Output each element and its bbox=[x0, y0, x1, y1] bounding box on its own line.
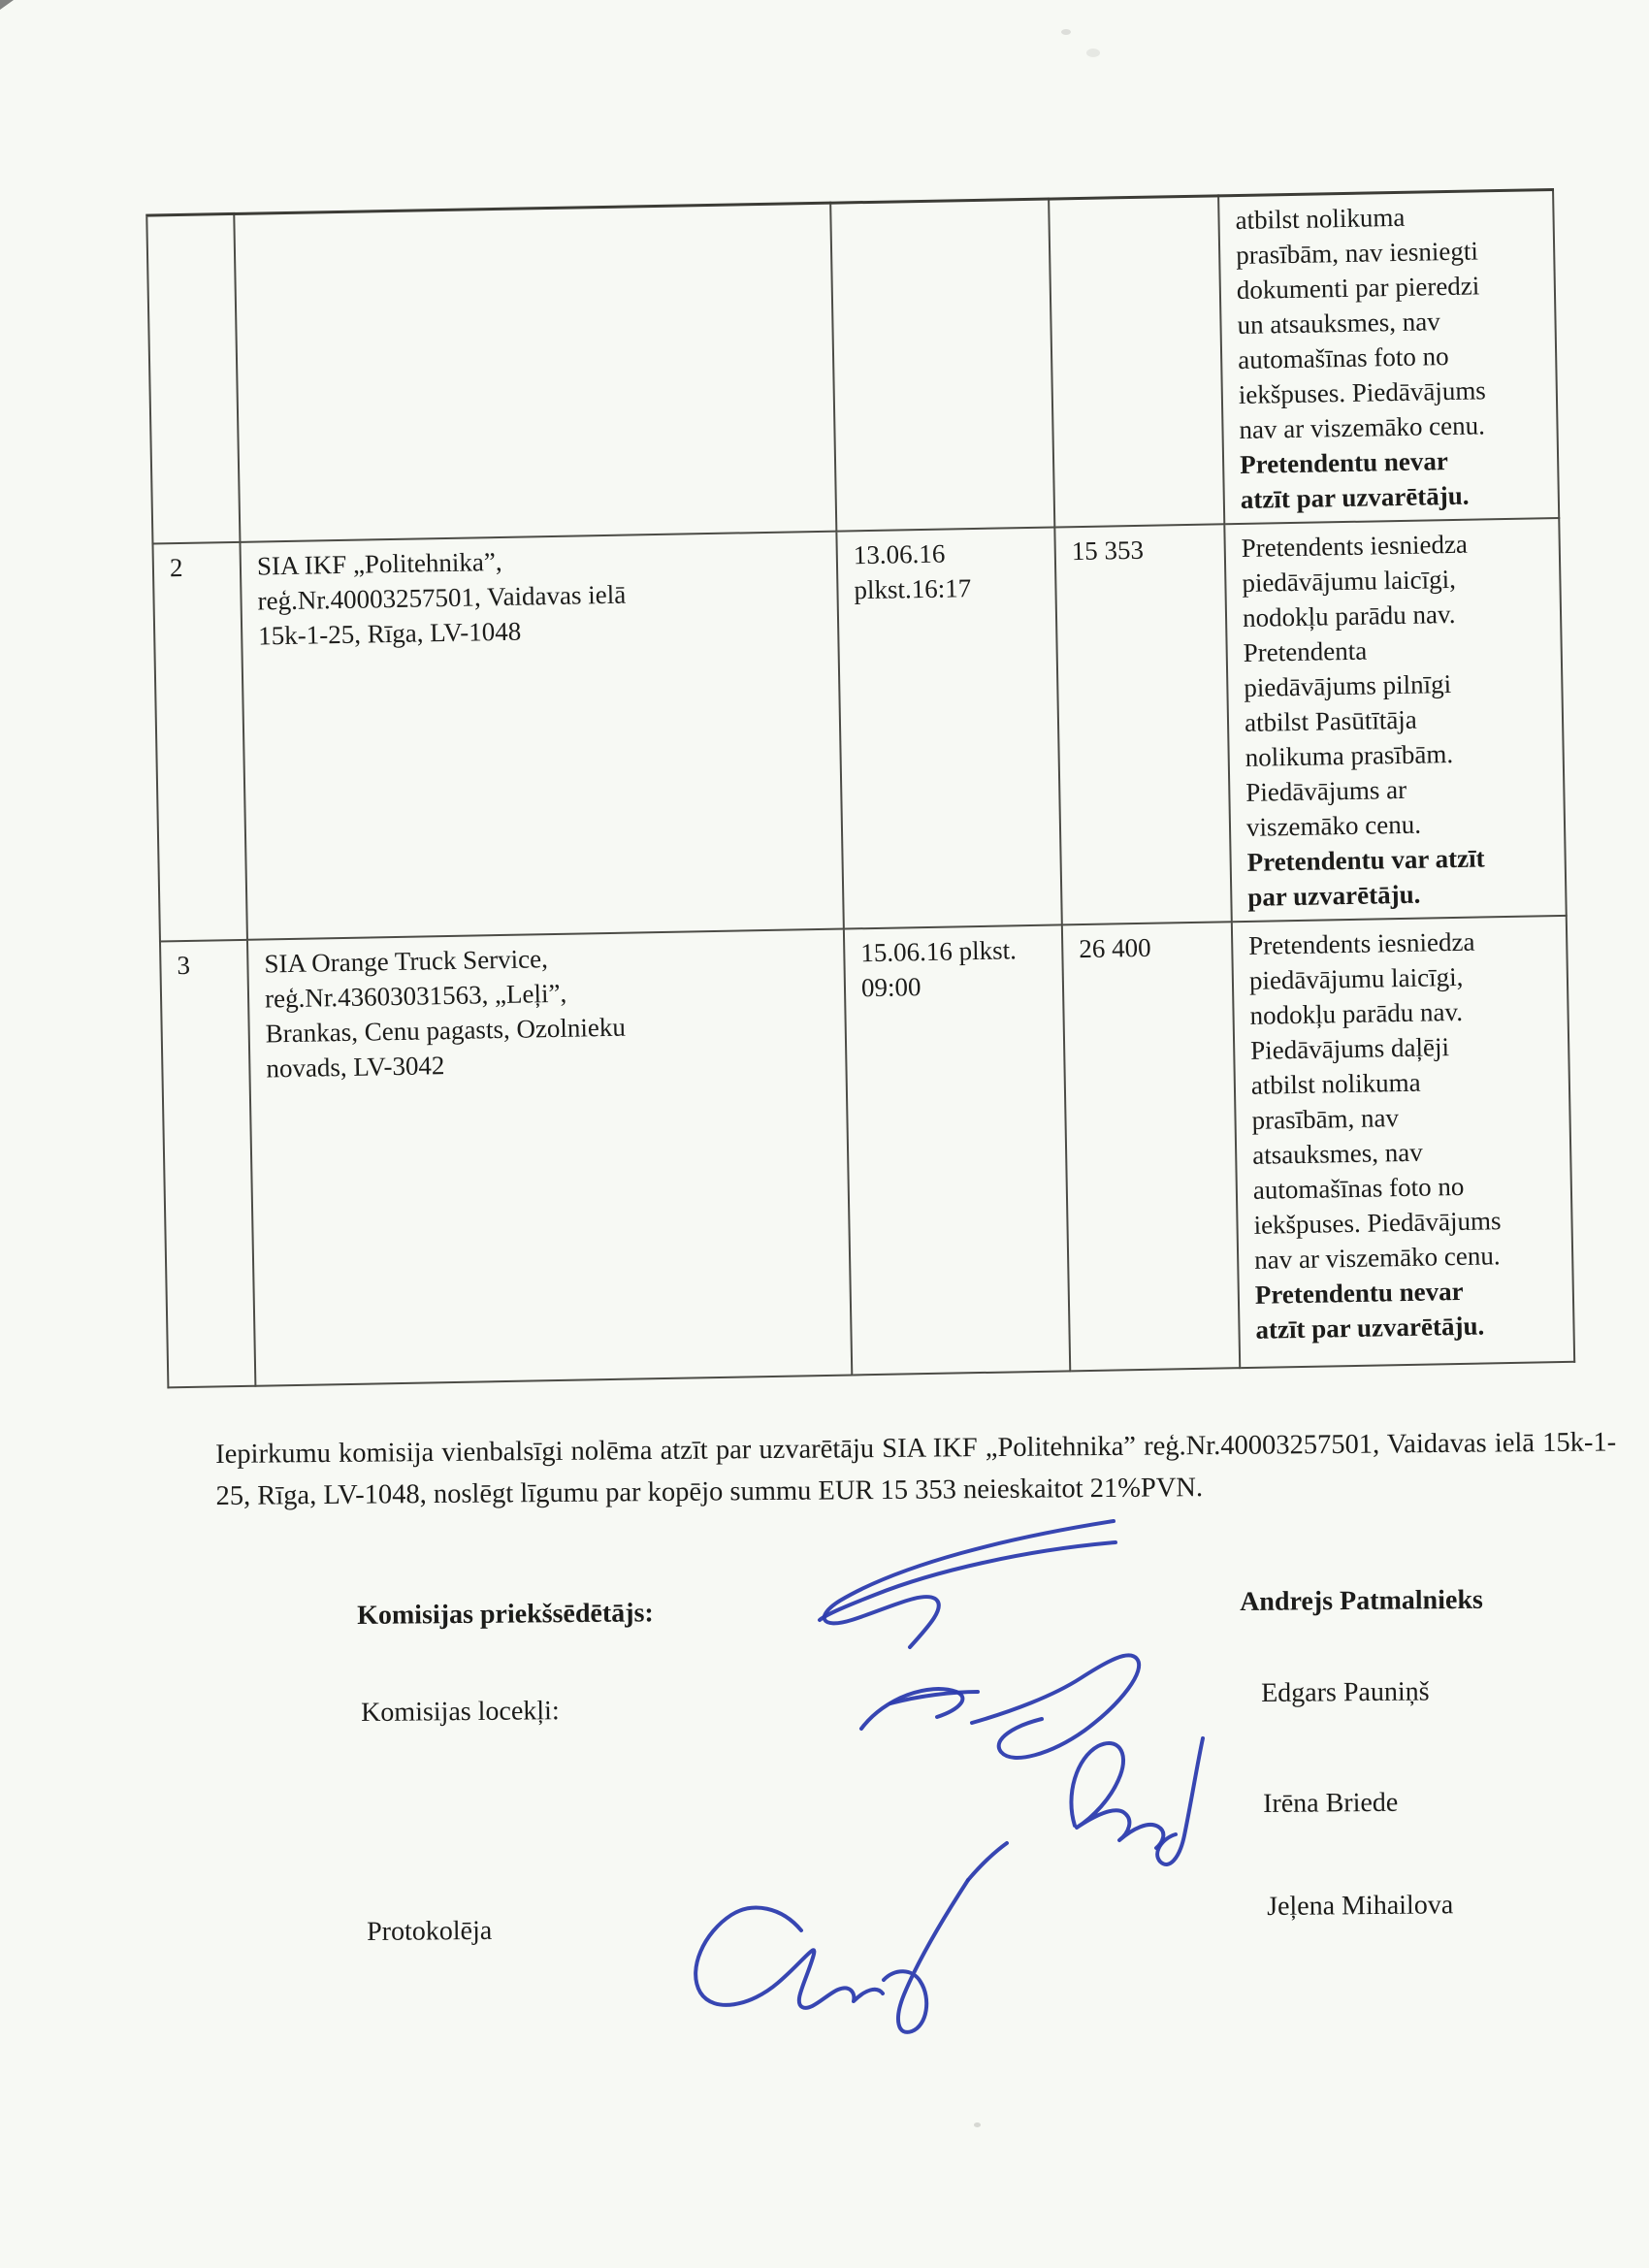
chairman-signature-ink bbox=[820, 1521, 1115, 1647]
secretary-signature-ink bbox=[695, 1843, 1007, 2032]
signatures-ink-layer bbox=[0, 0, 1649, 2268]
member-signature-ink bbox=[861, 1655, 1139, 1758]
member-signature-ink bbox=[1071, 1738, 1203, 1864]
document-page: atbilst nolikumaprasībām, nav iesniegtid… bbox=[0, 0, 1649, 2268]
